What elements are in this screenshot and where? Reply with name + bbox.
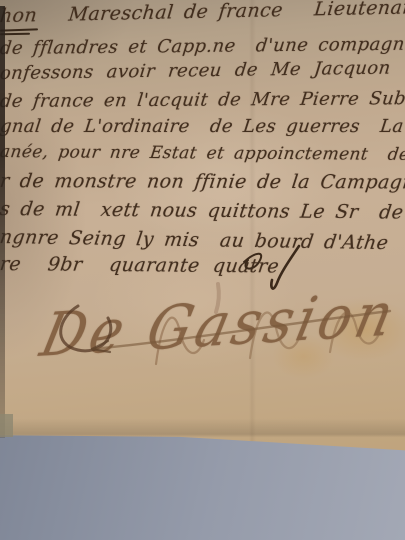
text-line-9: ngnre Seing ly mis au bourd d'Athe en <box>0 226 405 255</box>
text-line-7: r de monstre non ffinie de la Campagne d… <box>0 170 405 194</box>
signature: De Gassion <box>31 269 405 385</box>
sheet-edge-shadow <box>0 6 5 438</box>
text-line-4: de france en l'acquit de Mre Pierre Subl… <box>0 87 405 112</box>
text-line-5: gnal de L'ordinaire de Les guerres La so… <box>0 116 405 137</box>
text-line-3: onfessons avoir receu de Me Jacquon Duyo… <box>0 55 405 84</box>
text-line-1: hon Mareschal de france Lieutenant gener… <box>0 0 405 27</box>
text-line-8: s de ml xett nous quittons Le Sr de Romi… <box>0 198 405 224</box>
ink-underline-mark <box>0 29 38 37</box>
text-line-6: anée, pour nre Estat et appoinctement de… <box>0 142 405 166</box>
text-line-10: re 9br quarante quatre <box>0 253 281 277</box>
text-line-2: de fflandres et Capp.ne d'une compagnie … <box>0 32 405 59</box>
sheet-corner-shadow <box>0 414 13 437</box>
manuscript-photo: hon Mareschal de france Lieutenant gener… <box>0 0 405 540</box>
parchment-sheet: hon Mareschal de france Lieutenant gener… <box>0 0 405 540</box>
underline-stroke <box>0 28 38 31</box>
